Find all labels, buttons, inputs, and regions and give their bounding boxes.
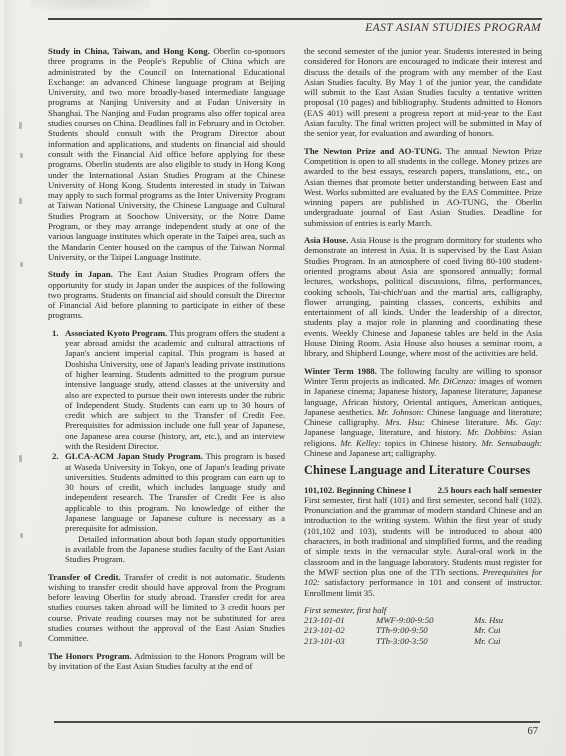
- page-header-title: EAST ASIAN STUDIES PROGRAM: [365, 22, 541, 34]
- scan-artifact: [19, 198, 22, 204]
- paragraph-asia-house: Asia House. Asia House is the program do…: [304, 235, 542, 359]
- paragraph-honors-continued: the second semester of the junior year. …: [304, 46, 542, 139]
- course-block-101-102: 101,102. Beginning Chinese I 2.5 hours e…: [304, 485, 542, 646]
- course-description: First semester, first half (101) and fir…: [304, 495, 542, 598]
- asia-house-text: Asia House is the program dormitory for …: [304, 235, 542, 358]
- section-code: 213-101-02: [304, 625, 362, 635]
- list-item-kyoto: 1. Associated Kyoto Program. This progra…: [48, 328, 285, 452]
- section-code: 213-101-03: [304, 636, 362, 646]
- transfer-lead: Transfer of Credit.: [48, 572, 121, 582]
- course-section-row: 213-101-03 TTh-3:00-3:50 Mr. Cui: [304, 636, 542, 646]
- list-item-body: Associated Kyoto Program. This program o…: [65, 328, 285, 452]
- study-japan-lead: Study in Japan.: [48, 269, 113, 279]
- header-rule: [48, 18, 542, 20]
- study-china-text: Oberlin co-sponsors three programs in th…: [48, 46, 285, 262]
- paragraph-winter-term: Winter Term 1988. The following faculty …: [304, 366, 542, 459]
- right-column: the second semester of the junior year. …: [304, 46, 542, 716]
- japan-programs-list: 1. Associated Kyoto Program. This progra…: [48, 328, 285, 565]
- list-item-glca: 2. GLCA-ACM Japan Study Program. This pr…: [48, 451, 285, 564]
- scan-edge-shadow: [4, 0, 18, 756]
- section-time: MWF-9:00-9:50: [376, 615, 460, 625]
- course-semester-note: First semester, first half: [304, 605, 542, 615]
- transfer-text: Transfer of credit is not automatic. Stu…: [48, 572, 285, 644]
- honors-lead: The Honors Program.: [48, 651, 132, 661]
- scan-artifact: [20, 533, 23, 538]
- footer-rule: [54, 721, 540, 723]
- list-number: 1.: [48, 328, 65, 452]
- asia-house-lead: Asia House.: [304, 235, 348, 245]
- left-column: Study in China, Taiwan, and Hong Kong. O…: [48, 46, 285, 716]
- paragraph-honors: The Honors Program. Admission to the Hon…: [48, 651, 285, 672]
- section-time: TTh-9:00-9:50: [376, 625, 460, 635]
- scan-artifact: [20, 153, 23, 158]
- section-heading-chinese-courses: Chinese Language and Literature Courses: [304, 465, 542, 475]
- course-section-row: 213-101-01 MWF-9:00-9:50 Ms. Hsu: [304, 615, 542, 625]
- two-column-text: Study in China, Taiwan, and Hong Kong. O…: [48, 46, 542, 716]
- glca-text: This program is based at Waseda Universi…: [65, 451, 285, 533]
- kyoto-lead: Associated Kyoto Program.: [65, 328, 167, 338]
- list-number: 2.: [48, 451, 65, 564]
- course-section-row: 213-101-02 TTh-9:00-9:50 Mr. Cui: [304, 625, 542, 635]
- course-title: 101,102. Beginning Chinese I: [304, 485, 411, 495]
- newton-lead: The Newton Prize and AO-TUNG.: [304, 146, 442, 156]
- glca-paragraph: GLCA-ACM Japan Study Program. This progr…: [65, 451, 285, 533]
- scan-artifact: [19, 455, 22, 462]
- section-instructor: Mr. Cui: [474, 625, 542, 635]
- kyoto-text: This program offers the student a year a…: [65, 328, 285, 451]
- scan-artifact: [19, 122, 22, 129]
- scan-artifact: [19, 641, 22, 647]
- course-hours: 2.5 hours each half semester: [438, 485, 542, 495]
- paragraph-study-japan: Study in Japan. The East Asian Studies P…: [48, 269, 285, 320]
- scan-artifact: [20, 262, 23, 267]
- course-title-row: 101,102. Beginning Chinese I 2.5 hours e…: [304, 485, 542, 495]
- paragraph-newton-prize: The Newton Prize and AO-TUNG. The annual…: [304, 146, 542, 228]
- newton-text: The annual Newton Prize Competition is o…: [304, 146, 542, 228]
- section-instructor: Mr. Cui: [474, 636, 542, 646]
- paragraph-study-china: Study in China, Taiwan, and Hong Kong. O…: [48, 46, 285, 262]
- section-time: TTh-3:00-3:50: [376, 636, 460, 646]
- scanned-catalog-page: EAST ASIAN STUDIES PROGRAM Study in Chin…: [0, 0, 566, 756]
- section-instructor: Ms. Hsu: [474, 615, 542, 625]
- scan-smudge: [30, 0, 150, 10]
- list-item-body: GLCA-ACM Japan Study Program. This progr…: [65, 451, 285, 564]
- page-number: 67: [528, 726, 539, 737]
- glca-lead: GLCA-ACM Japan Study Program.: [65, 451, 203, 461]
- section-code: 213-101-01: [304, 615, 362, 625]
- paragraph-transfer-credit: Transfer of Credit. Transfer of credit i…: [48, 572, 285, 644]
- glca-detail-paragraph: Detailed information about both Japan st…: [65, 534, 285, 565]
- study-china-lead: Study in China, Taiwan, and Hong Kong.: [48, 46, 210, 56]
